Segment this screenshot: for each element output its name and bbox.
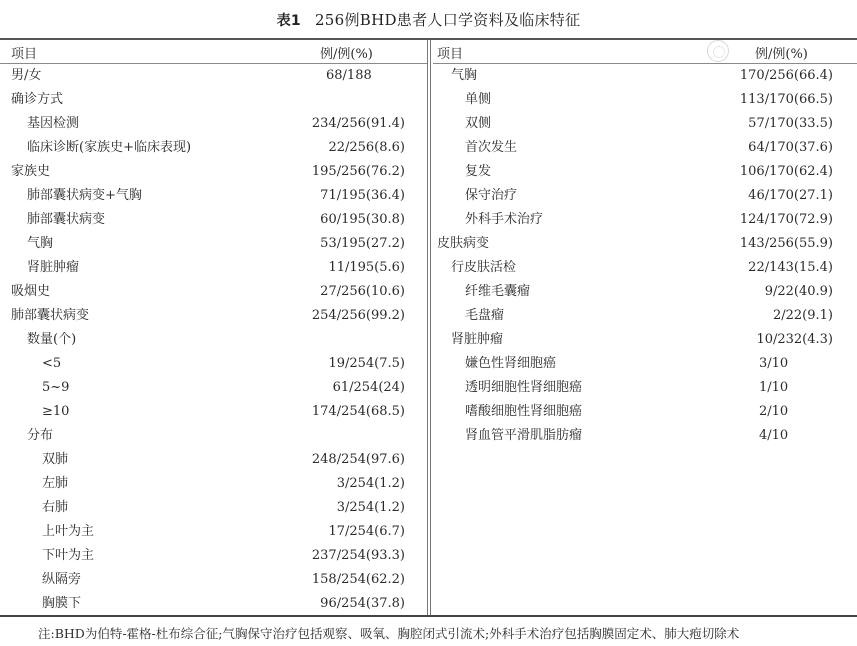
row-label: 基因检测	[27, 112, 79, 136]
row-label: 5~9	[42, 376, 69, 400]
row-label: 数量(个)	[27, 328, 76, 352]
table-caption: 256例BHD患者人口学资料及临床特征	[315, 11, 580, 29]
table-row: 肾脏肿瘤11/195(5.6)	[0, 256, 427, 280]
row-value: 174/254(68.5)	[312, 400, 405, 424]
left-rows: 男/女68/188确诊方式基因检测234/256(91.4)临床诊断(家族史+临…	[0, 64, 427, 616]
row-value: 3/254(1.2)	[337, 496, 405, 520]
table-row: 肺部囊状病变+气胸71/195(36.4)	[0, 184, 427, 208]
row-value: 170/256(66.4)	[740, 64, 833, 88]
table-row: 气胸170/256(66.4)	[433, 64, 857, 88]
row-value: 3/10	[759, 352, 788, 376]
row-value: 3/254(1.2)	[337, 472, 405, 496]
table-row: 肺部囊状病变60/195(30.8)	[0, 208, 427, 232]
column-double-divider	[427, 40, 431, 615]
table-row: 行皮肤活检22/143(15.4)	[433, 256, 857, 280]
table-row: 外科手术治疗124/170(72.9)	[433, 208, 857, 232]
row-value: 10/232(4.3)	[756, 328, 833, 352]
table-footnote: 注:BHD为伯特-霍格-杜布综合征;气胸保守治疗包括观察、吸氧、胸腔闭式引流术;…	[38, 624, 739, 642]
table-row: 吸烟史27/256(10.6)	[0, 280, 427, 304]
row-label: 嗜酸细胞性肾细胞癌	[465, 400, 582, 424]
row-label: 分布	[27, 424, 53, 448]
row-label: 右肺	[42, 496, 68, 520]
row-value: 22/256(8.6)	[328, 136, 405, 160]
row-label: 肺部囊状病变	[27, 208, 105, 232]
table-row: 单侧113/170(66.5)	[433, 88, 857, 112]
header-value: 例/例(%)	[320, 43, 373, 62]
table-right-half: 项目 例/例(%) 气胸170/256(66.4)单侧113/170(66.5)…	[433, 40, 857, 615]
demographics-table: 项目 例/例(%) 男/女68/188确诊方式基因检测234/256(91.4)…	[0, 38, 857, 617]
row-label: 外科手术治疗	[465, 208, 543, 232]
row-value: 248/254(97.6)	[312, 448, 405, 472]
table-row: 双侧57/170(33.5)	[433, 112, 857, 136]
table-row: 纵隔旁158/254(62.2)	[0, 568, 427, 592]
row-label: 家族史	[11, 160, 50, 184]
row-value: 124/170(72.9)	[740, 208, 833, 232]
row-label: 首次发生	[465, 136, 517, 160]
table-row: 双肺248/254(97.6)	[0, 448, 427, 472]
table-row: 右肺3/254(1.2)	[0, 496, 427, 520]
row-label: 纤维毛囊瘤	[465, 280, 530, 304]
row-value: 11/195(5.6)	[328, 256, 405, 280]
row-label: 毛盘瘤	[465, 304, 504, 328]
table-row: 皮肤病变143/256(55.9)	[433, 232, 857, 256]
table-row: ≥10174/254(68.5)	[0, 400, 427, 424]
row-label: 双肺	[42, 448, 68, 472]
row-label: 临床诊断(家族史+临床表现)	[27, 136, 191, 160]
row-value: 53/195(27.2)	[320, 232, 405, 256]
table-row: 嗜酸细胞性肾细胞癌2/10	[433, 400, 857, 424]
row-value: 237/254(93.3)	[312, 544, 405, 568]
row-label: 透明细胞性肾细胞癌	[465, 376, 582, 400]
table-row: 上叶为主17/254(6.7)	[0, 520, 427, 544]
header-item: 项目	[437, 43, 463, 62]
row-value: 143/256(55.9)	[740, 232, 833, 256]
row-value: 106/170(62.4)	[740, 160, 833, 184]
table-row: 家族史195/256(76.2)	[0, 160, 427, 184]
table-row: 胸膜下96/254(37.8)	[0, 592, 427, 616]
row-label: 肺部囊状病变	[11, 304, 89, 328]
row-label: 气胸	[27, 232, 53, 256]
row-label: 左肺	[42, 472, 68, 496]
row-label: 胸膜下	[42, 592, 81, 616]
table-row: <519/254(7.5)	[0, 352, 427, 376]
row-label: 肾脏肿瘤	[27, 256, 79, 280]
table-row: 毛盘瘤2/22(9.1)	[433, 304, 857, 328]
row-value: 2/10	[759, 400, 788, 424]
table-row: 首次发生64/170(37.6)	[433, 136, 857, 160]
row-label: 气胸	[451, 64, 477, 88]
table-row: 分布	[0, 424, 427, 448]
table-title: 表1256例BHD患者人口学资料及临床特征	[0, 9, 857, 30]
table-number: 表1	[277, 13, 301, 29]
row-label: 皮肤病变	[437, 232, 489, 256]
row-value: 17/254(6.7)	[328, 520, 405, 544]
table-row: 临床诊断(家族史+临床表现)22/256(8.6)	[0, 136, 427, 160]
row-value: 27/256(10.6)	[320, 280, 405, 304]
row-label: 嫌色性肾细胞癌	[465, 352, 556, 376]
row-value: 19/254(7.5)	[328, 352, 405, 376]
table-header-left: 项目 例/例(%)	[0, 40, 427, 64]
row-label: 肺部囊状病变+气胸	[27, 184, 142, 208]
row-label: 肾脏肿瘤	[451, 328, 503, 352]
table-row: 肾血管平滑肌脂肪瘤4/10	[433, 424, 857, 448]
table-row: 下叶为主237/254(93.3)	[0, 544, 427, 568]
row-value: 254/256(99.2)	[312, 304, 405, 328]
row-value: 9/22(40.9)	[765, 280, 833, 304]
row-value: 64/170(37.6)	[748, 136, 833, 160]
table-row: 左肺3/254(1.2)	[0, 472, 427, 496]
table-row: 男/女68/188	[0, 64, 427, 88]
header-value: 例/例(%)	[755, 43, 808, 62]
row-value: 71/195(36.4)	[320, 184, 405, 208]
row-value: 1/10	[759, 376, 788, 400]
row-value: 22/143(15.4)	[748, 256, 833, 280]
header-item: 项目	[11, 43, 37, 62]
table-row: 纤维毛囊瘤9/22(40.9)	[433, 280, 857, 304]
table-row: 保守治疗46/170(27.1)	[433, 184, 857, 208]
row-label: 肾血管平滑肌脂肪瘤	[465, 424, 582, 448]
table-row: 透明细胞性肾细胞癌1/10	[433, 376, 857, 400]
row-value: 2/22(9.1)	[773, 304, 833, 328]
row-value: 158/254(62.2)	[312, 568, 405, 592]
table-row: 肺部囊状病变254/256(99.2)	[0, 304, 427, 328]
row-label: 保守治疗	[465, 184, 517, 208]
row-label: 单侧	[465, 88, 491, 112]
row-value: 57/170(33.5)	[748, 112, 833, 136]
table-row: 气胸53/195(27.2)	[0, 232, 427, 256]
table-row: 复发106/170(62.4)	[433, 160, 857, 184]
row-label: 上叶为主	[42, 520, 94, 544]
row-value: 46/170(27.1)	[748, 184, 833, 208]
table-row: 确诊方式	[0, 88, 427, 112]
row-value: 195/256(76.2)	[312, 160, 405, 184]
table-row: 嫌色性肾细胞癌3/10	[433, 352, 857, 376]
watermark-seal-icon	[707, 40, 729, 62]
row-value: 4/10	[759, 424, 788, 448]
table-row: 肾脏肿瘤10/232(4.3)	[433, 328, 857, 352]
table-row: 数量(个)	[0, 328, 427, 352]
row-value: 96/254(37.8)	[320, 592, 405, 616]
table-header-right: 项目 例/例(%)	[433, 40, 857, 64]
row-value: 113/170(66.5)	[740, 88, 833, 112]
row-value: 61/254(24)	[333, 376, 405, 400]
table-row: 5~961/254(24)	[0, 376, 427, 400]
row-label: 确诊方式	[11, 88, 63, 112]
row-label: 下叶为主	[42, 544, 94, 568]
right-rows: 气胸170/256(66.4)单侧113/170(66.5)双侧57/170(3…	[433, 64, 857, 448]
table-row: 基因检测234/256(91.4)	[0, 112, 427, 136]
row-value: 60/195(30.8)	[320, 208, 405, 232]
row-value: 234/256(91.4)	[312, 112, 405, 136]
row-label: ≥10	[42, 400, 69, 424]
row-label: 双侧	[465, 112, 491, 136]
row-label: 复发	[465, 160, 491, 184]
row-label: 纵隔旁	[42, 568, 81, 592]
table-left-half: 项目 例/例(%) 男/女68/188确诊方式基因检测234/256(91.4)…	[0, 40, 427, 615]
row-label: <5	[42, 352, 61, 376]
row-label: 吸烟史	[11, 280, 50, 304]
row-value: 68/188	[326, 64, 372, 88]
row-label: 行皮肤活检	[451, 256, 516, 280]
row-label: 男/女	[11, 64, 41, 88]
